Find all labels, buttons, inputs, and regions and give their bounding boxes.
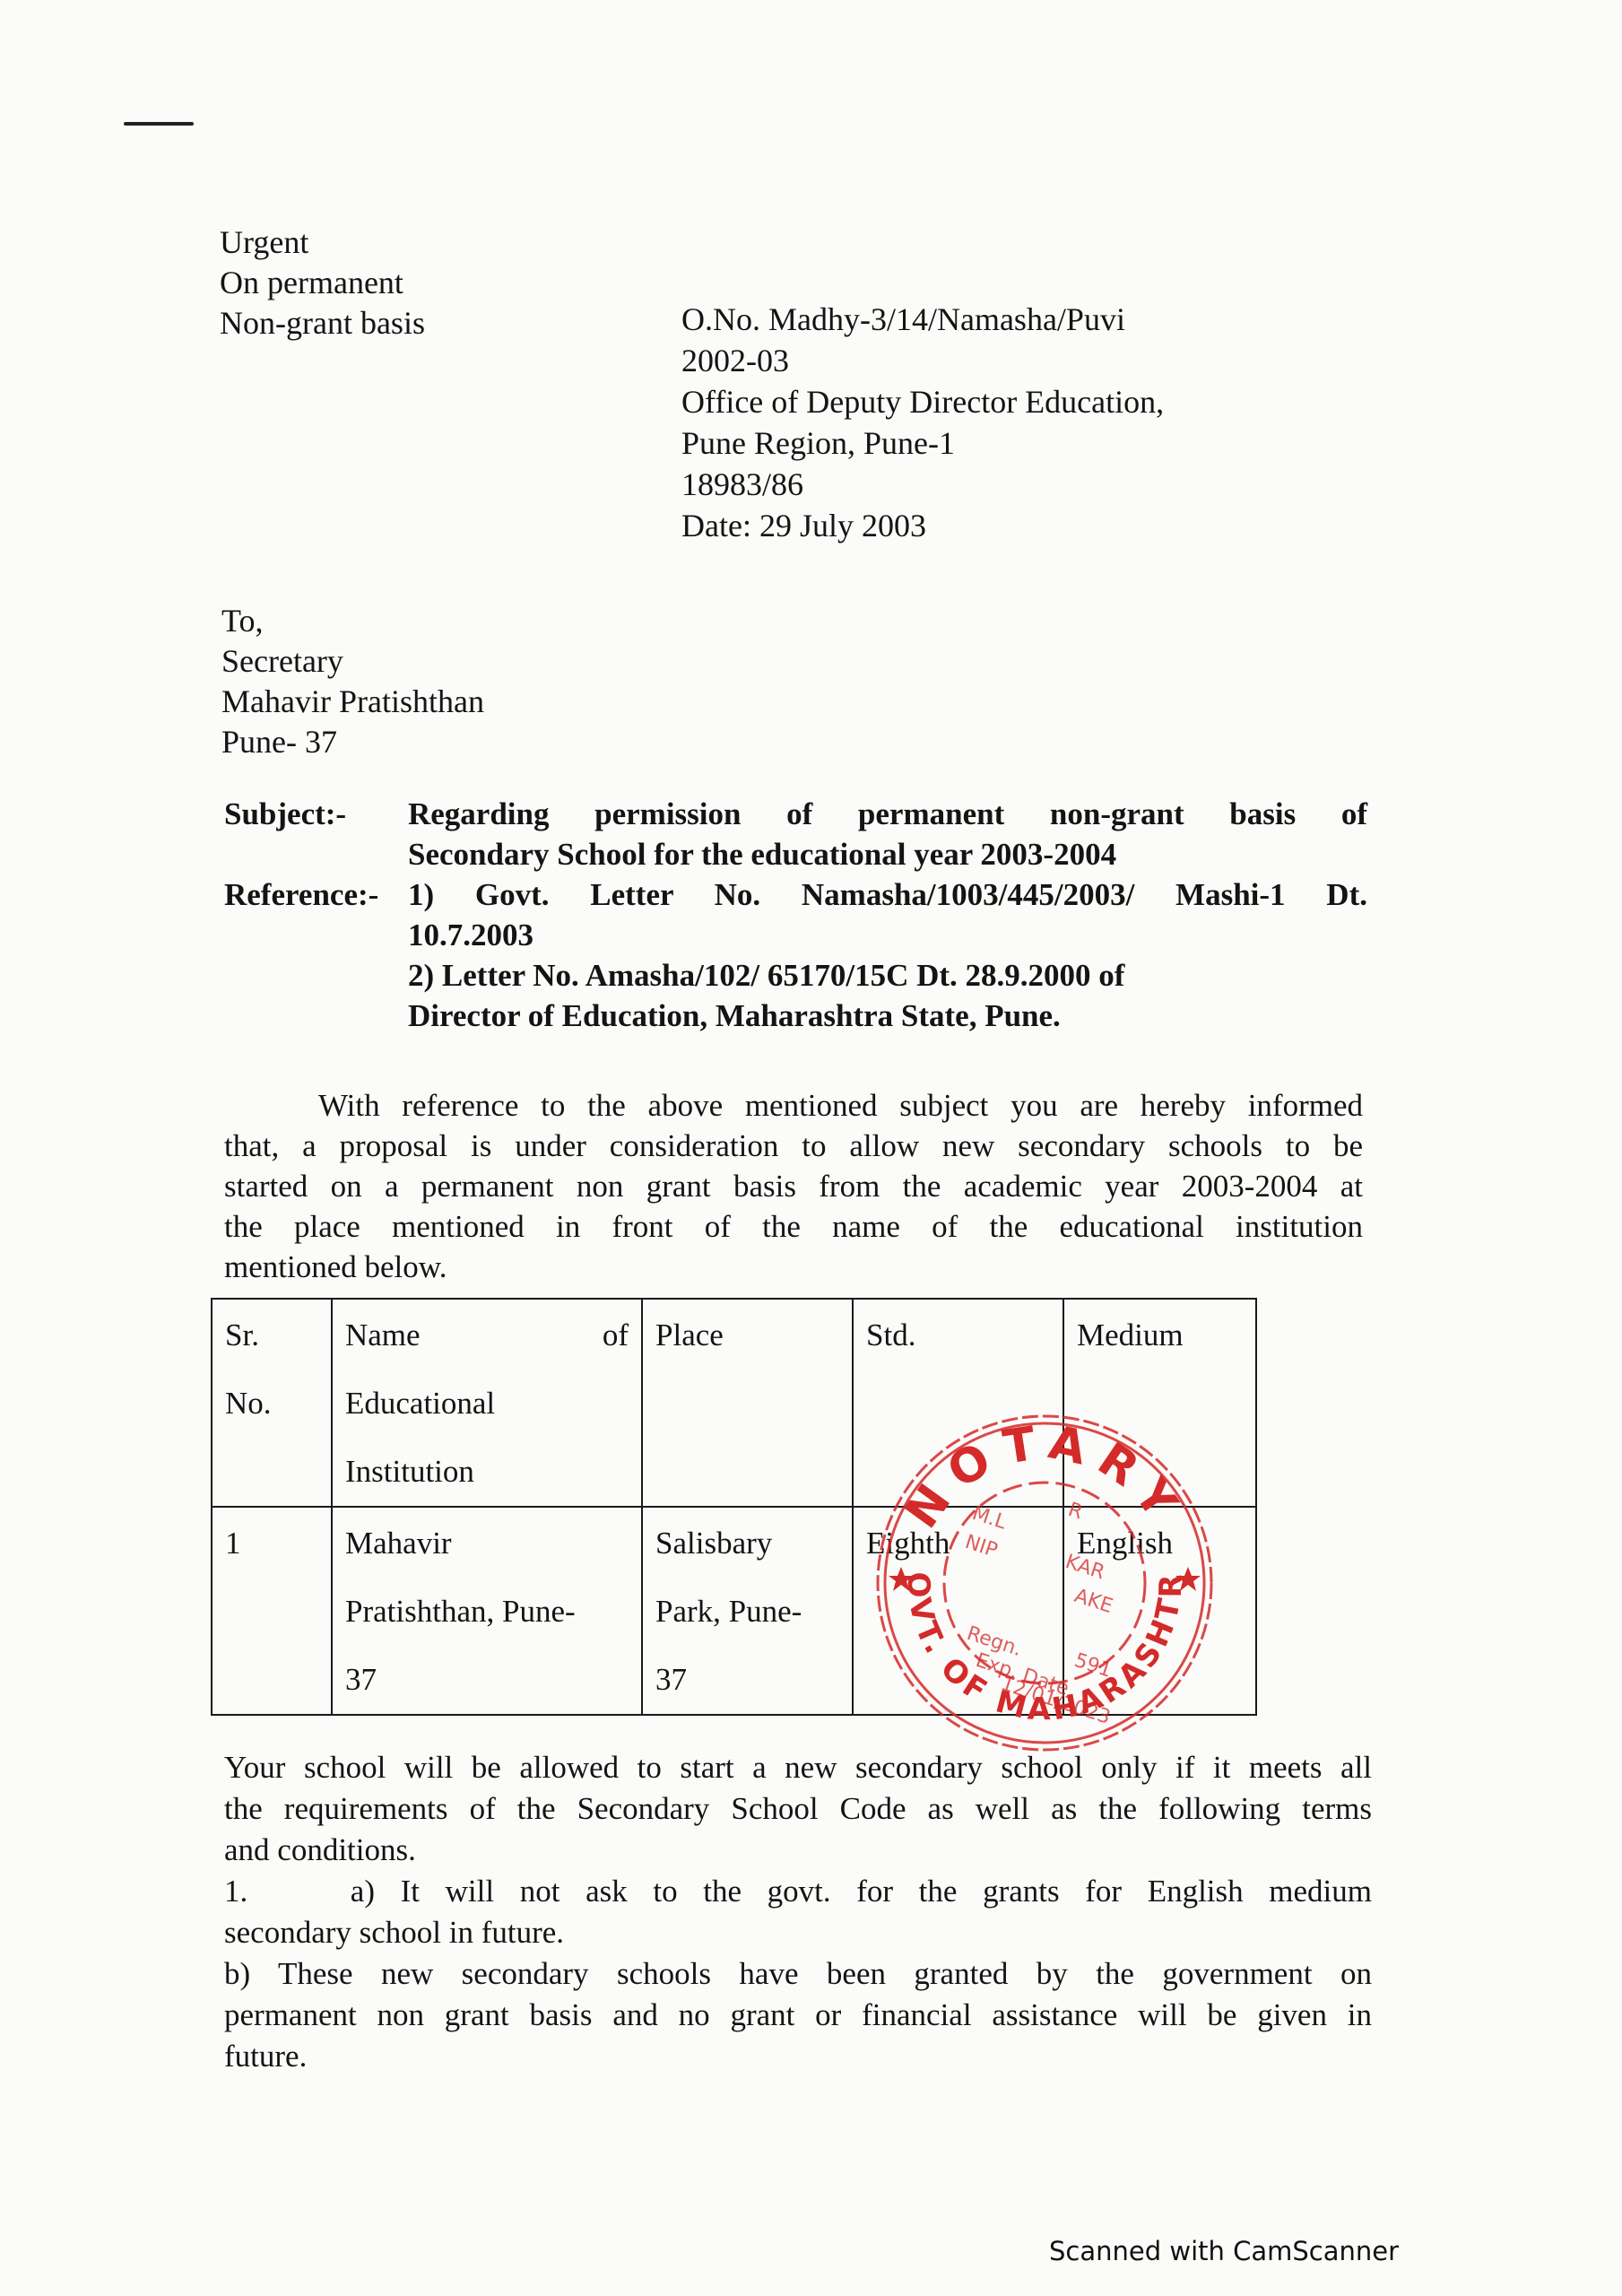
subject-label: Subject:- <box>224 794 408 874</box>
reference-label: Reference:- <box>224 874 408 1036</box>
salutation: To, <box>221 601 484 641</box>
subject-line: Regarding permission of permanent non-gr… <box>408 794 1367 834</box>
order-number: O.No. Madhy-3/14/Namasha/Puvi <box>681 299 1164 340</box>
subject-row: Subject:- Regarding permission of perman… <box>224 794 1367 874</box>
cell-std: Eighth <box>853 1507 1063 1715</box>
terms-and-conditions: Your school will be allowed to start a n… <box>224 1747 1372 2077</box>
office-region: Pune Region, Pune-1 <box>681 422 1164 464</box>
condition-1b: future. <box>224 2036 1372 2077</box>
scan-artifact-dash <box>124 122 194 126</box>
issuing-office-block: O.No. Madhy-3/14/Namasha/Puvi 2002-03 Of… <box>681 299 1164 546</box>
cell-place: Salisbary Park, Pune- 37 <box>642 1507 853 1715</box>
paragraph-line: With reference to the above mentioned su… <box>224 1085 1363 1126</box>
terms-line: Your school will be allowed to start a n… <box>224 1747 1372 1788</box>
intro-paragraph: With reference to the above mentioned su… <box>224 1085 1363 1287</box>
reference-item: 2) Letter No. Amasha/102/ 65170/15C Dt. … <box>408 955 1367 996</box>
condition-1b: b) These new secondary schools have been… <box>224 1953 1372 1995</box>
terms-line: and conditions. <box>224 1830 1372 1871</box>
header-institution-name: Name of Educational Institution <box>332 1299 642 1507</box>
paragraph-line: mentioned below. <box>224 1247 1363 1287</box>
condition-1b: permanent non grant basis and no grant o… <box>224 1995 1372 2036</box>
header-medium: Medium <box>1063 1299 1256 1507</box>
subject-line: Secondary School for the educational yea… <box>408 834 1367 874</box>
office-name: Office of Deputy Director Education, <box>681 381 1164 422</box>
priority-line: Non-grant basis <box>220 303 425 344</box>
priority-line: Urgent <box>220 222 425 263</box>
reference-row: Reference:- 1) Govt. Letter No. Namasha/… <box>224 874 1367 1036</box>
paragraph-line: that, a proposal is under consideration … <box>224 1126 1363 1166</box>
institution-table: Sr. No. Name of Educational Institution … <box>211 1298 1257 1716</box>
order-year: 2002-03 <box>681 340 1164 381</box>
cell-medium: English <box>1063 1507 1256 1715</box>
header-std: Std. <box>853 1299 1063 1507</box>
letter-date: Date: 29 July 2003 <box>681 505 1164 546</box>
cell-sr-no: 1 <box>212 1507 332 1715</box>
paragraph-line: started on a permanent non grant basis f… <box>224 1166 1363 1206</box>
subject-reference-block: Subject:- Regarding permission of perman… <box>224 794 1367 1036</box>
priority-line: On permanent <box>220 263 425 303</box>
recipient-address: To, Secretary Mahavir Pratishthan Pune- … <box>221 601 484 762</box>
reference-item: 1) Govt. Letter No. Namasha/1003/445/200… <box>408 874 1367 915</box>
camscanner-watermark: Scanned with CamScanner <box>1049 2236 1399 2266</box>
table-header-row: Sr. No. Name of Educational Institution … <box>212 1299 1256 1507</box>
header-sr-no: Sr. No. <box>212 1299 332 1507</box>
header-place: Place <box>642 1299 853 1507</box>
reference-number: 18983/86 <box>681 464 1164 505</box>
priority-note: Urgent On permanent Non-grant basis <box>220 222 425 344</box>
table-row: 1 Mahavir Pratishthan, Pune- 37 Salisbar… <box>212 1507 1256 1715</box>
condition-1a: secondary school in future. <box>224 1912 1372 1953</box>
terms-line: the requirements of the Secondary School… <box>224 1788 1372 1830</box>
reference-item: 10.7.2003 <box>408 915 1367 955</box>
recipient-designation: Secretary <box>221 641 484 682</box>
condition-1a: 1. a) It will not ask to the govt. for t… <box>224 1871 1372 1912</box>
scanned-letter-page: Urgent On permanent Non-grant basis O.No… <box>0 0 1622 2296</box>
recipient-city: Pune- 37 <box>221 722 484 762</box>
reference-item: Director of Education, Maharashtra State… <box>408 996 1367 1036</box>
recipient-organisation: Mahavir Pratishthan <box>221 682 484 722</box>
paragraph-line: the place mentioned in front of the name… <box>224 1206 1363 1247</box>
cell-institution-name: Mahavir Pratishthan, Pune- 37 <box>332 1507 642 1715</box>
